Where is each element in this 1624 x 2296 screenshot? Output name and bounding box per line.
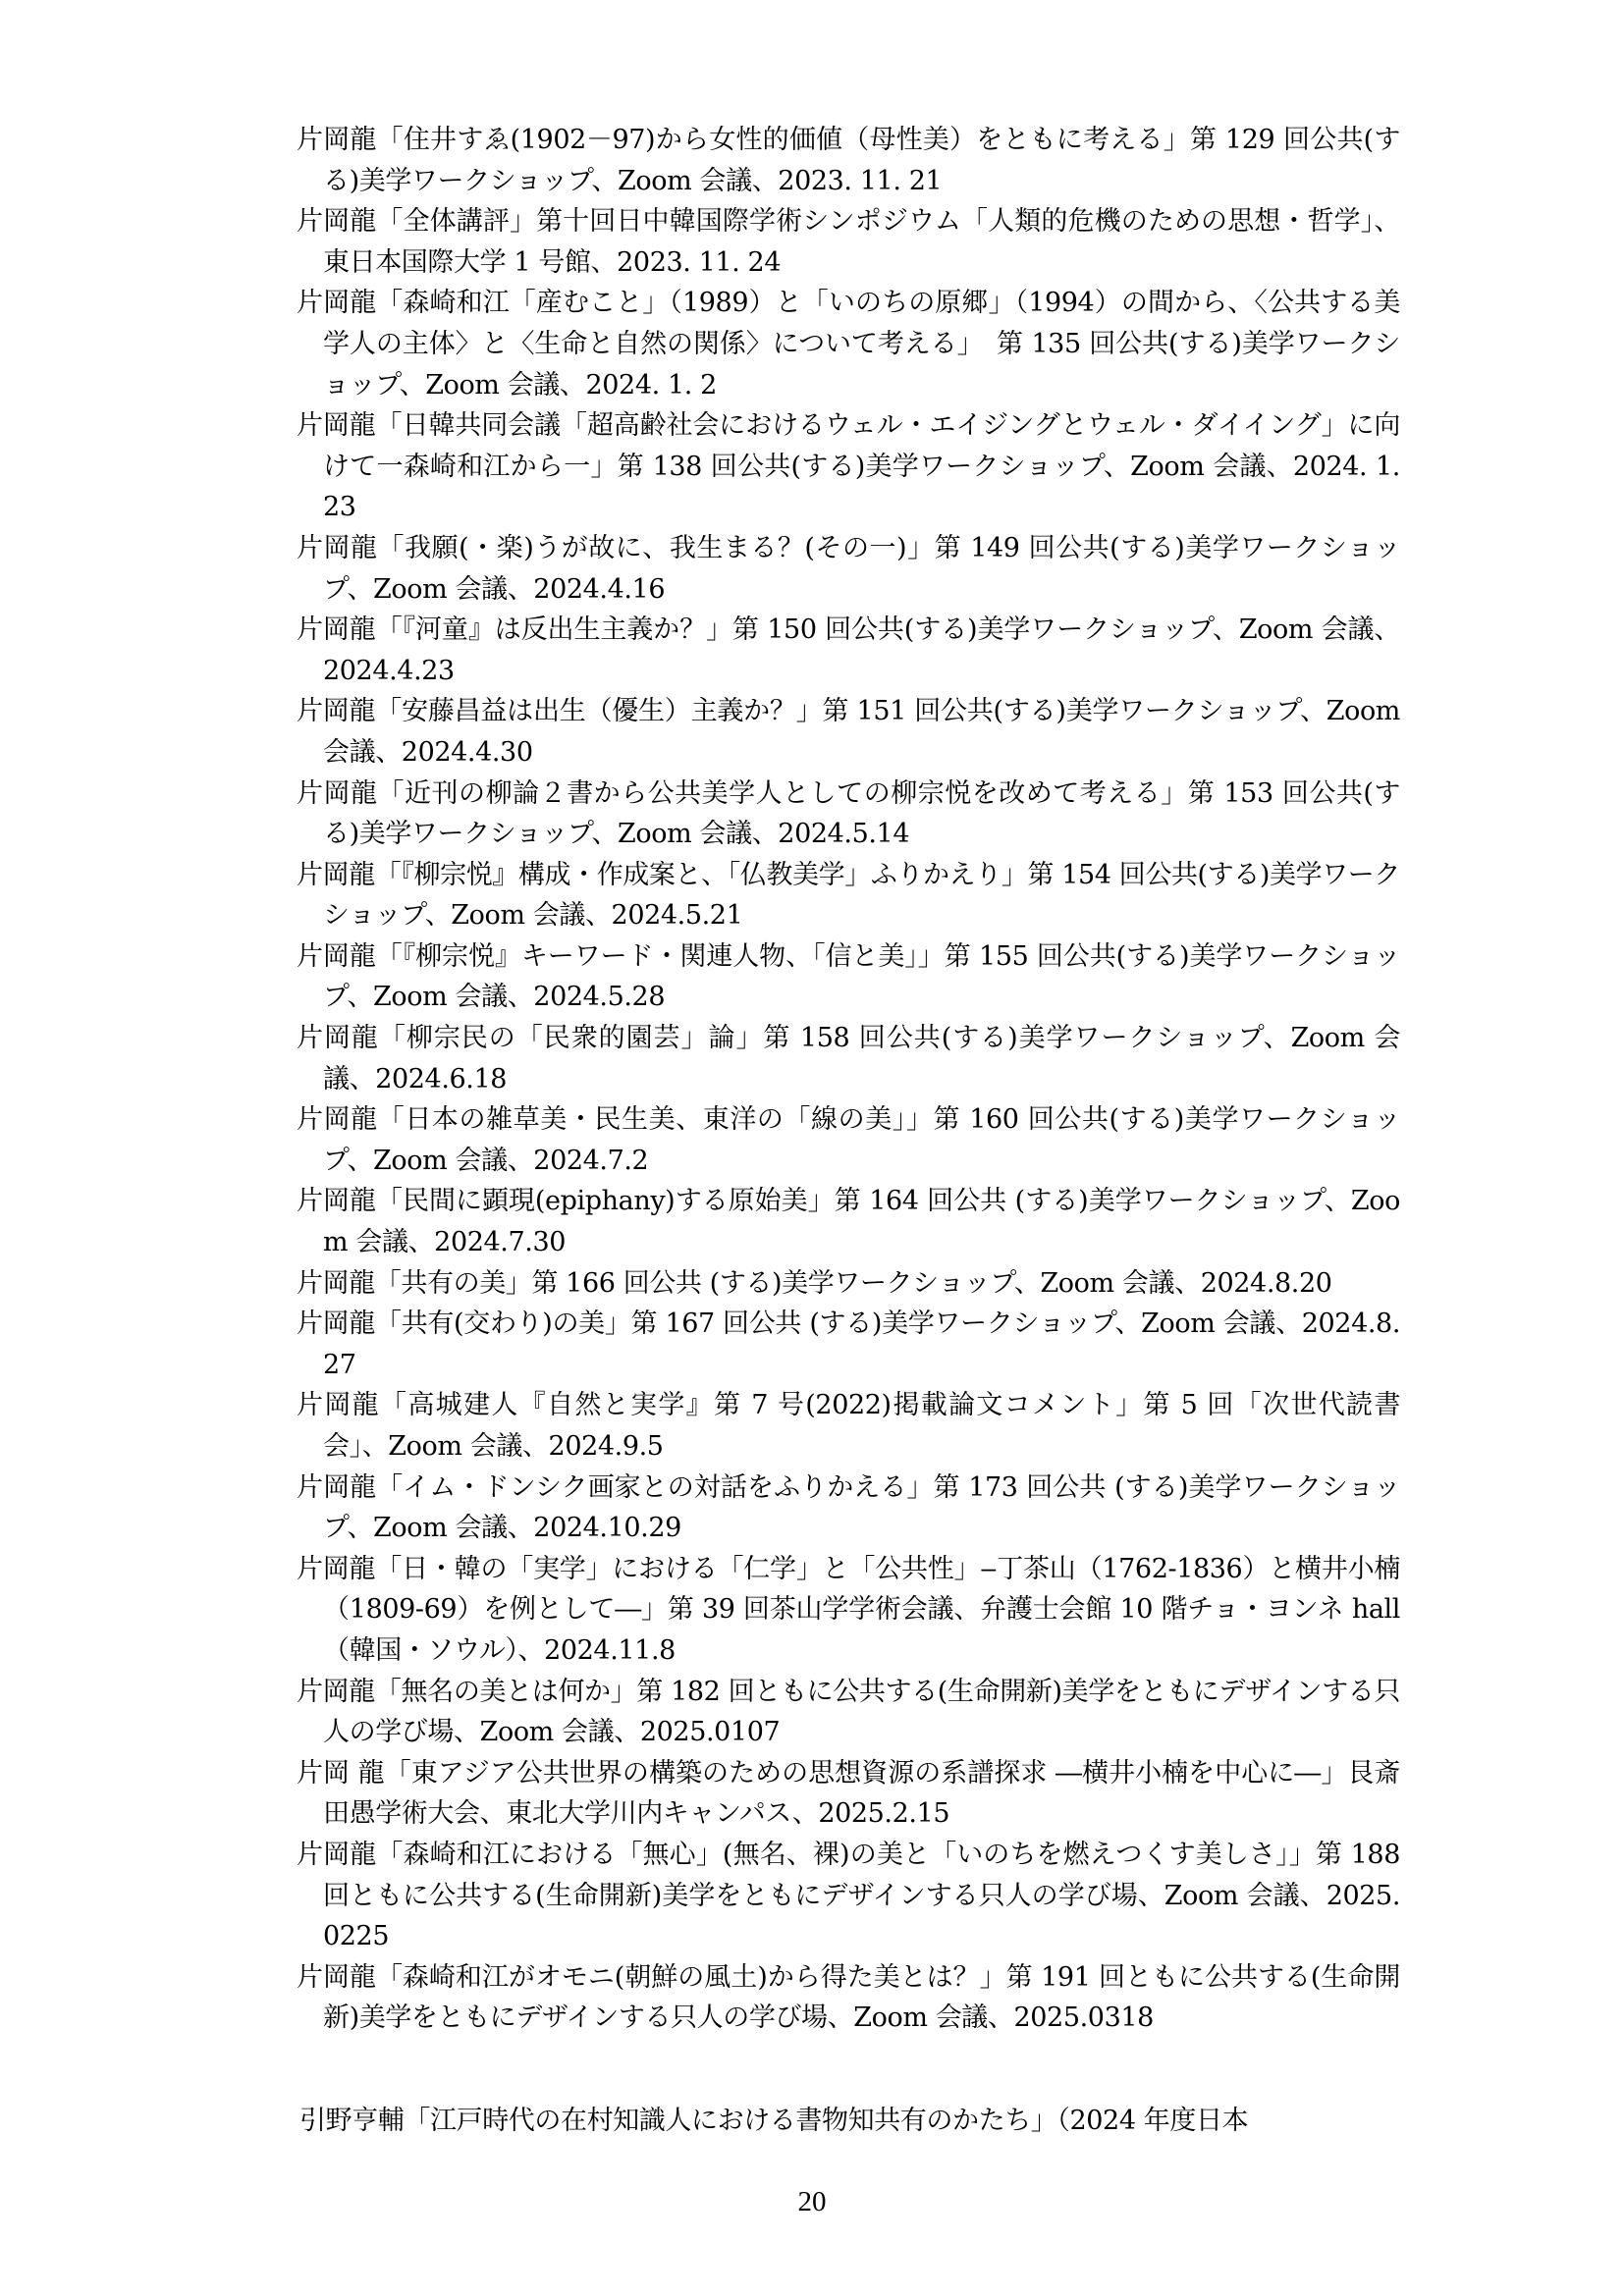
list-item: 片岡龍「森崎和江がオモニ(朝鮮の風土)から得た美とは？」第 191 回ともに公共… (297, 1957, 1400, 2039)
list-item: 片岡龍「日・韓の「実学」における「仁学」と「公共性」‒丁茶山（1762-1836… (297, 1549, 1400, 1672)
list-item: 片岡龍「我願(・楽)うが故に、我生まる？(その一)」第 149 回公共(する)美… (297, 528, 1400, 610)
list-item: 片岡龍「日本の雑草美・民生美、東洋の「線の美」」第 160 回公共(する)美学ワ… (297, 1099, 1400, 1181)
document-page: 片岡龍「住井すゑ(1902－97)から女性的価値（母性美）をともに考える」第 1… (0, 0, 1624, 2296)
list-item: 片岡龍「全体講評」第十回日中韓国際学術シンポジウム「人類的危機のための思想・哲学… (297, 201, 1400, 283)
list-item: 片岡龍「柳宗民の「民衆的園芸」論」第 158 回公共(する)美学ワークショップ、… (297, 1018, 1400, 1099)
list-item: 片岡龍「日韓共同会議「超高齢社会におけるウェル・エイジングとウェル・ダイイング」… (297, 405, 1400, 528)
list-item: 片岡龍「住井すゑ(1902－97)から女性的価値（母性美）をともに考える」第 1… (297, 120, 1400, 201)
list-item: 片岡龍「近刊の柳論２書から公共美学人としての柳宗悦を改めて考える」第 153 回… (297, 774, 1400, 855)
list-item: 片岡 龍「東アジア公共世界の構築のための思想資源の系譜探求 ―横井小楠を中心に―… (297, 1753, 1400, 1835)
list-item: 片岡龍「『柳宗悦』構成・作成案と、「仏教美学」ふりかえり」第 154 回公共(す… (297, 855, 1400, 936)
list-item: 片岡龍「安藤昌益は出生（優生）主義か？」第 151 回公共(する)美学ワークショ… (297, 691, 1400, 773)
list-item: 片岡龍「民間に顕現(epiphany)する原始美」第 164 回公共 (する)美… (297, 1181, 1400, 1262)
list-item: 片岡龍「共有(交わり)の美」第 167 回公共 (する)美学ワークショップ、Zo… (297, 1304, 1400, 1385)
list-item: 片岡龍「森崎和江における「無心」(無名、裸)の美と「いのちを燃えつくす美しさ」」… (297, 1835, 1400, 1957)
list-item: 片岡龍「『柳宗悦』キーワード・関連人物、「信と美」」第 155 回公共(する)美… (297, 936, 1400, 1018)
list-item: 片岡龍「共有の美」第 166 回公共 (する)美学ワークショップ、Zoom 会議… (297, 1263, 1400, 1305)
list-item: 片岡龍「高城建人『自然と実学』第 7 号(2022)掲載論文コメント」第 5 回… (297, 1385, 1400, 1467)
next-section-entry: 引野亨輔「江戸時代の在村知識人における書物知共有のかたち」（2024 年度日本 (299, 2101, 1403, 2142)
list-item: 片岡龍「『河童』は反出生主義か？」第 150 回公共(する)美学ワークショップ、… (297, 610, 1400, 691)
presentation-list: 片岡龍「住井すゑ(1902－97)から女性的価値（母性美）をともに考える」第 1… (297, 120, 1400, 2039)
list-item: 片岡龍「無名の美とは何か」第 182 回ともに公共する(生命開新)美学をともにデ… (297, 1672, 1400, 1753)
list-item: 片岡龍「森崎和江「産むこと」（1989）と「いのちの原郷」（1994）の間から、… (297, 283, 1400, 405)
page-number: 20 (0, 2185, 1624, 2218)
list-item: 片岡龍「イム・ドンシク画家との対話をふりかえる」第 173 回公共 (する)美学… (297, 1468, 1400, 1549)
